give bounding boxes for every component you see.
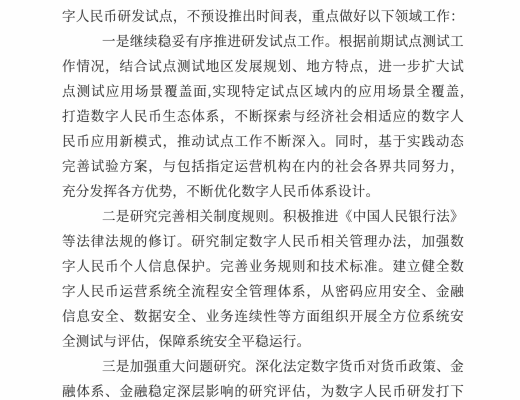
text-line: 等法律法规的修订。研究制定数字人民币相关管理办法，加强数 bbox=[62, 229, 464, 254]
text-line: 信息安全、数据安全、业务连续性等方面组织开展全方位系统安 bbox=[62, 304, 464, 329]
text-line: 字人民币研发试点，不预设推出时间表，重点做好以下领域工作： bbox=[62, 4, 464, 29]
text-line: 完善试验方案，与包括指定运营机构在内的社会各界共同努力， bbox=[62, 154, 464, 179]
text-line: 作情况，结合试点测试地区发展规划、地方特点，进一步扩大试 bbox=[62, 54, 464, 79]
text-line: 全测试与评估，保障系统安全平稳运行。 bbox=[62, 329, 464, 354]
document-page: 字人民币研发试点，不预设推出时间表，重点做好以下领域工作： 一是继续稳妥有序推进… bbox=[0, 0, 520, 400]
text-line: 三是加强重大问题研究。深化法定数字货币对货币政策、金 bbox=[62, 354, 464, 379]
text-line: 融体系、金融稳定深层影响的研究评估，为数字人民币研发打下 bbox=[62, 379, 464, 400]
text-line: 充分发挥各方优势，不断优化数字人民币体系设计。 bbox=[62, 179, 464, 204]
body-text: 字人民币研发试点，不预设推出时间表，重点做好以下领域工作： 一是继续稳妥有序推进… bbox=[62, 4, 464, 400]
text-line: 字人民币运营系统全流程安全管理体系，从密码应用安全、金融 bbox=[62, 279, 464, 304]
text-line: 字人民币个人信息保护。完善业务规则和技术标准。建立健全数 bbox=[62, 254, 464, 279]
text-line: 点测试应用场景覆盖面,实现特定试点区域内的应用场景全覆盖, bbox=[62, 79, 464, 104]
text-line: 打造数字人民币生态体系，不断探索与经济社会相适应的数字人 bbox=[62, 104, 464, 129]
text-line: 一是继续稳妥有序推进研发试点工作。根据前期试点测试工 bbox=[62, 29, 464, 54]
text-line: 二是研究完善相关制度规则。积极推进《中国人民银行法》 bbox=[62, 204, 464, 229]
text-line: 民币应用新模式，推动试点工作不断深入。同时，基于实践动态 bbox=[62, 129, 464, 154]
